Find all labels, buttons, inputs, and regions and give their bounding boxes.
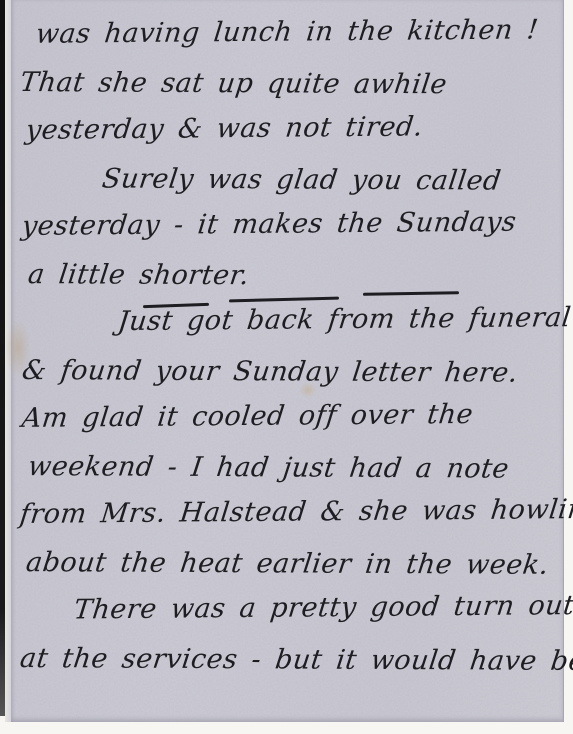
handwriting-line: yesterday - it makes the Sundays <box>11 199 569 252</box>
letter-paper: was having lunch in the kitchen ! That s… <box>11 0 564 722</box>
handwriting-line: Just got back from the funeral <box>11 295 569 348</box>
handwriting-line: at the services - but it would have been <box>11 636 569 687</box>
handwriting-line: yesterday & was not tired. <box>11 103 569 156</box>
handwriting-block: was having lunch in the kitchen ! That s… <box>11 0 563 722</box>
scanned-letter-page: was having lunch in the kitchen ! That s… <box>0 0 573 734</box>
handwriting-line: was having lunch in the kitchen ! <box>11 7 569 60</box>
handwriting-line: Am glad it cooled off over the <box>11 391 569 444</box>
handwriting-line: There was a pretty good turn out <box>11 583 569 636</box>
handwriting-line: from Mrs. Halstead & she was howling <box>11 487 569 540</box>
